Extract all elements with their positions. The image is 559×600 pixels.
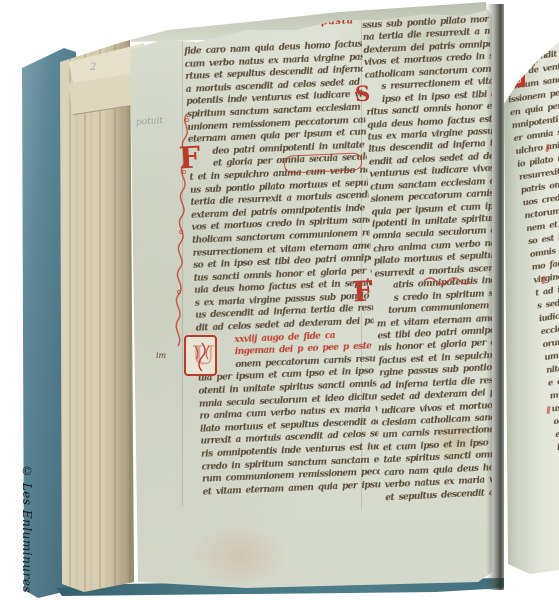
margin-note-potuit: potuit [136,116,164,128]
rubric-initial-f-right: F [352,277,373,306]
facing-page: scendit ad celos sedet ad dexteram dei p… [500,34,559,580]
facing-rubric-text: ur̃ [527,59,537,67]
manuscript-photo: 2 pasta 128 potuit im fide caro nam quia… [0,0,559,600]
rubric-mark [546,406,550,414]
left-text-column: fide caro nam quia deus homo factus est … [184,39,381,499]
facing-text-column: scendit ad celos sedet ad dexteram dei p… [502,44,559,571]
margin-note-im: im [156,351,166,360]
rubric-initial-f-left: F [178,143,201,174]
rubric-chapter-initial: U [184,335,217,376]
corner-mark: 2 [90,62,96,73]
rubric-initial-s: S [354,83,370,105]
leaf-ornament-icon [189,341,215,373]
rubric-line-filler [422,275,474,287]
facing-rubric-initial-a [506,60,525,87]
gutter-shadow [486,4,504,590]
page-stack-fore-edge [54,34,134,594]
main-page: pasta 128 potuit im fide caro nam quia d… [126,6,492,592]
watermark-copyright: © Les Enluminures [14,464,34,600]
rubric-highlight-oval [284,152,363,173]
